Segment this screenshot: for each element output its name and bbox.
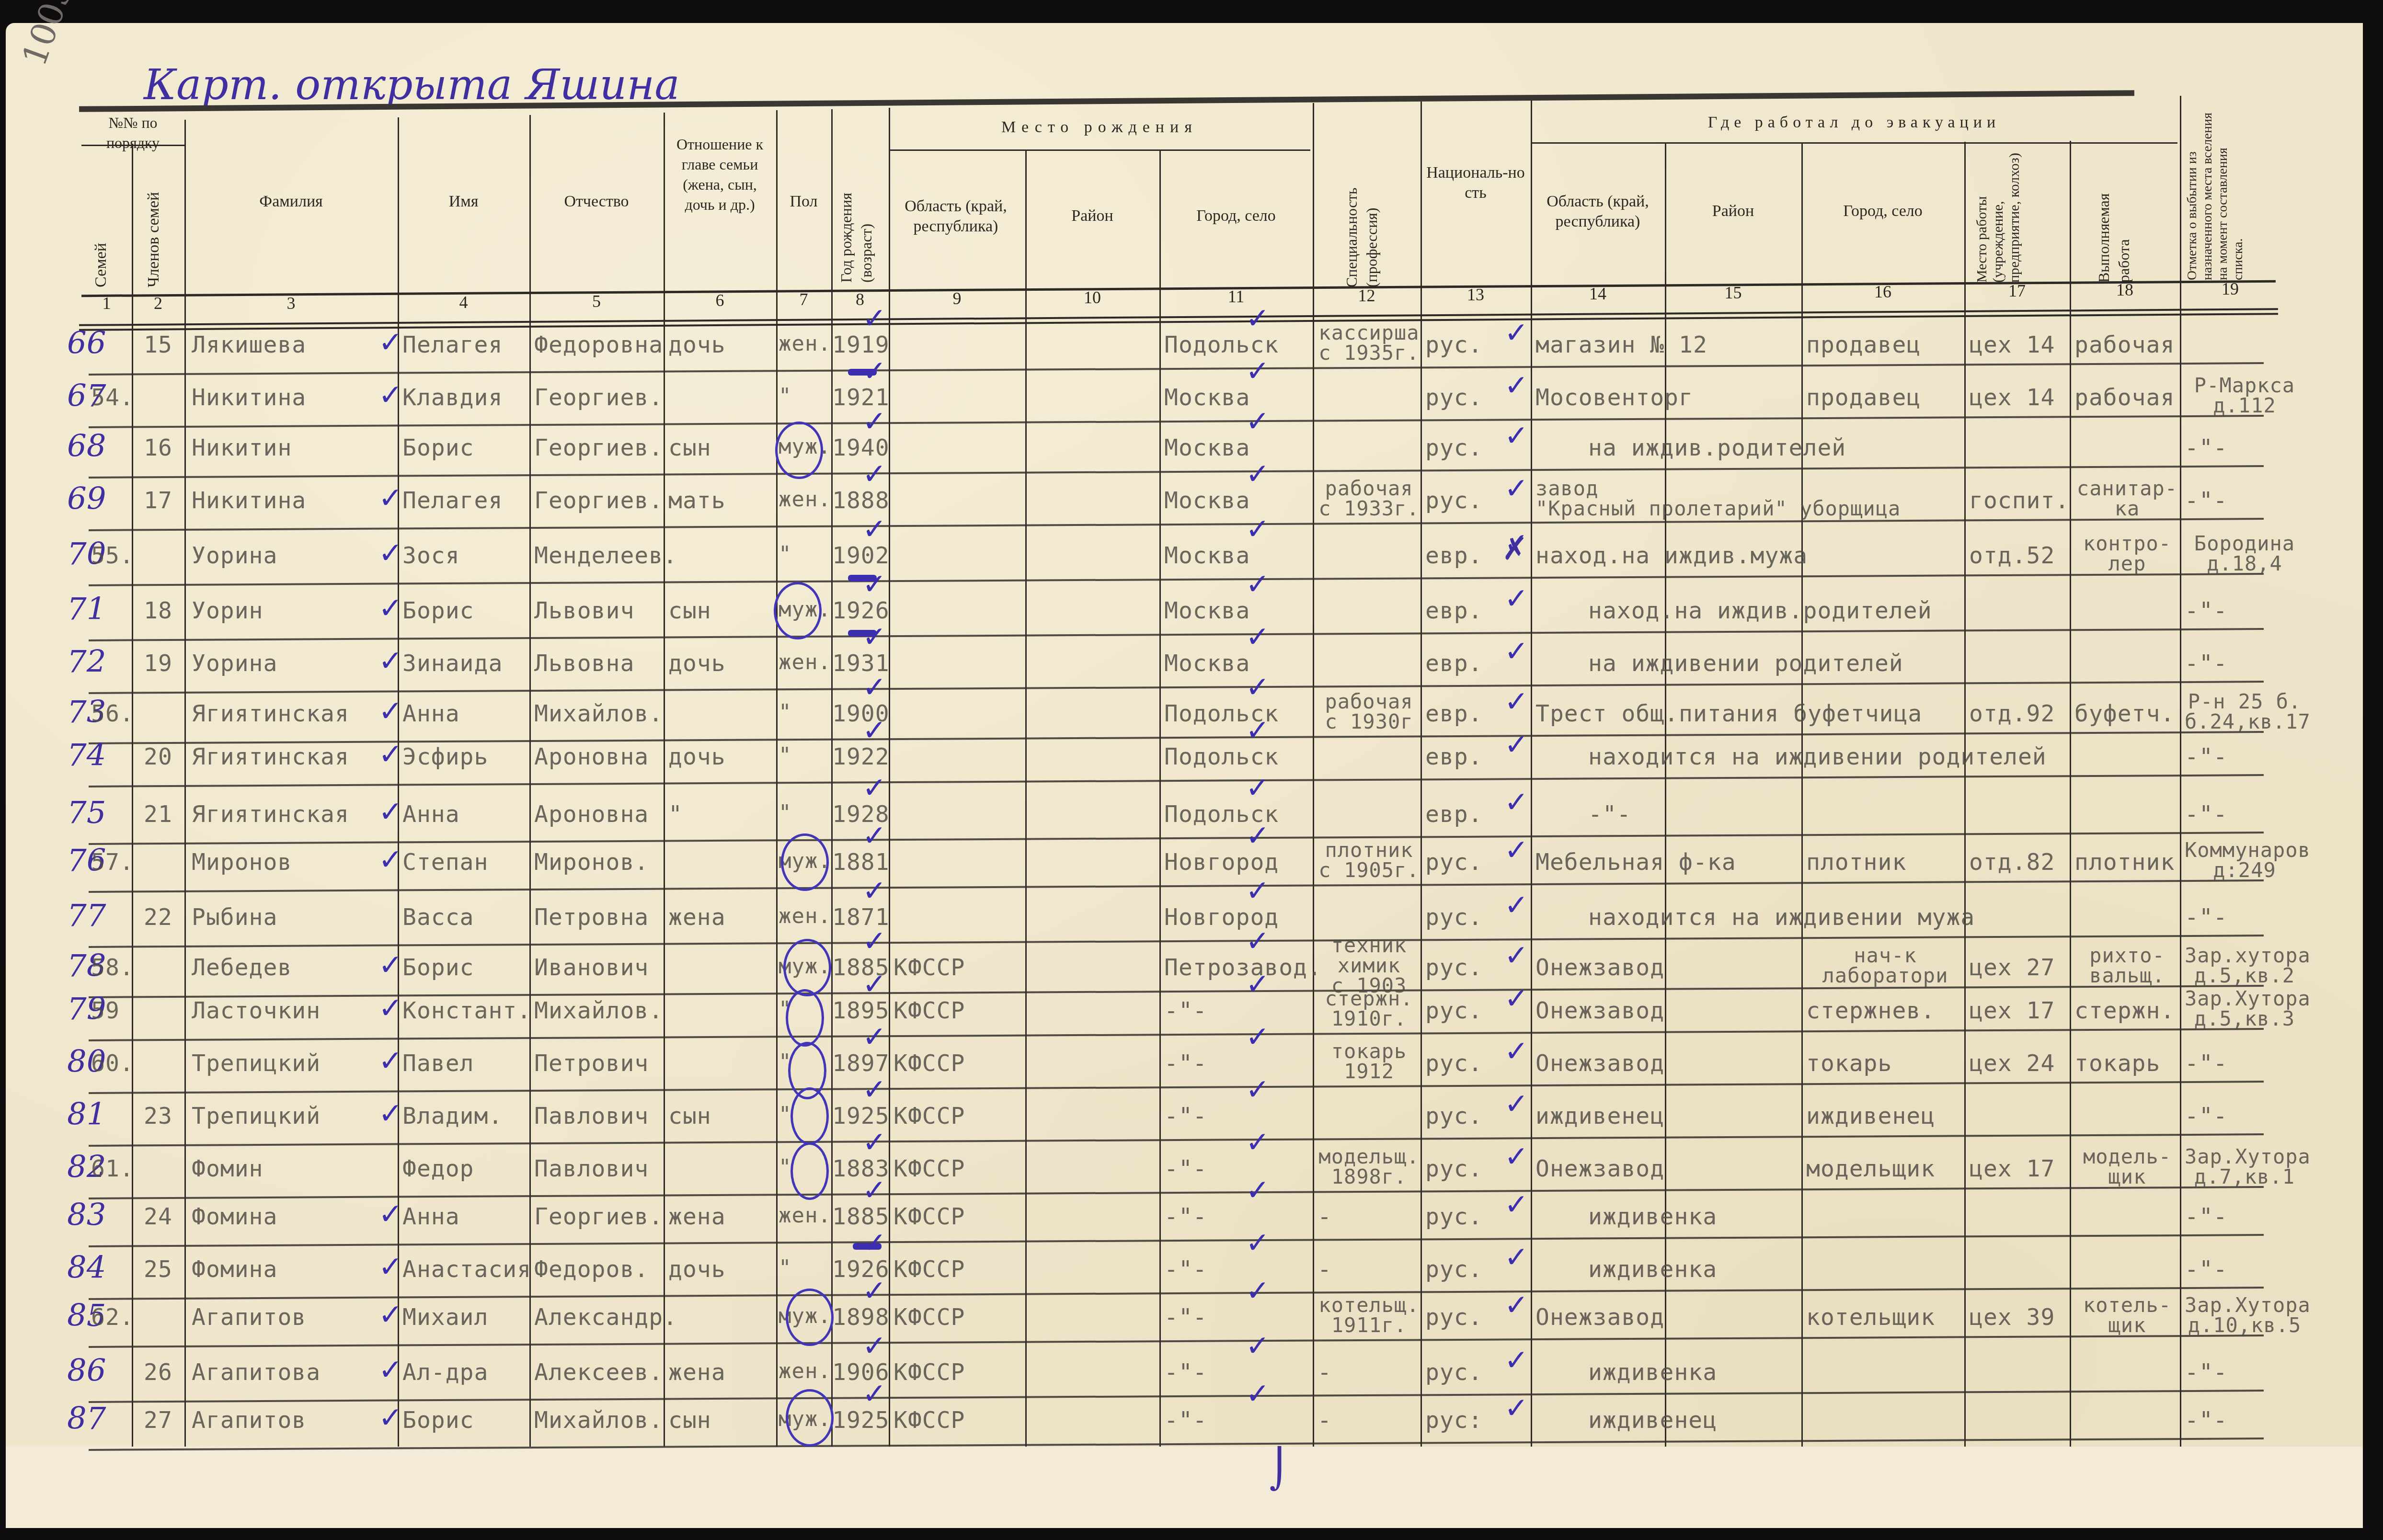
cell-surname: Никитина [192,384,306,411]
cell-city: Петрозавод. [1164,954,1322,981]
cell-surname: Ягиятинская [192,743,349,770]
grid-vline [776,110,778,1447]
checkmark-icon: ✓ [1246,970,1270,999]
cell-note: Зар.хутора д.5,кв.2 [2185,946,2304,986]
cell-family: 61. [91,1155,134,1182]
checkmark-icon: ✓ [1504,422,1528,450]
cell-work-city: нач-к лаборатори [1806,946,1964,986]
checkmark-icon: ✓ [378,951,402,980]
grid-vline [1801,143,1803,1447]
cell-surname: Лякишева [192,331,306,358]
cell-city: -"- [1164,1103,1207,1129]
cell-member: 24 [144,1203,172,1230]
cell-work-text: магазин № 12 [1535,331,1707,358]
cell-sex: жен. [779,650,831,674]
colnum-10: 10 [1025,287,1159,308]
pen-dash-mark [848,369,877,376]
checkmark-icon: ✓ [862,1023,886,1051]
cell-city: Москва [1164,487,1250,514]
cell-work-city: токарь [1806,1050,1892,1077]
col-header-13: Националь-ность [1423,163,1528,203]
colnum-3: 3 [184,293,398,313]
cell-surname: Фомина [192,1203,277,1230]
cell-name: Эсфирь [402,743,488,770]
row-number-handwritten: 83 [67,1198,106,1233]
cell-family: 57. [91,849,134,876]
cell-name: Владим. [402,1103,503,1129]
header-workplace: Где работал до эвакуации [1531,113,2177,133]
cell-name: Павел [402,1050,474,1077]
colnum-9: 9 [889,288,1025,308]
cell-name: Анна [402,801,460,828]
cell-name: Зося [402,542,460,569]
cell-sex: " [779,700,792,725]
checkmark-icon: ✓ [862,927,886,956]
checkmark-icon: ✓ [1504,1090,1528,1118]
cell-city: Москва [1164,597,1250,624]
cell-surname: Трепицкий [192,1103,321,1129]
grid-vline [1531,101,1532,1447]
checkmark-icon: ✓ [1246,877,1270,905]
cell-patronymic: Георгиев. [534,434,663,461]
cell-work-place: отд.52 [1969,542,2055,569]
cell-relation: сын [668,1103,711,1129]
cell-work-place: цех 17 [1969,997,2055,1024]
colnum-15: 15 [1665,283,1801,303]
checkmark-icon: ✓ [1246,515,1270,544]
checkmark-icon: ✓ [378,484,402,513]
cell-specialty: рабочая с 1933г. [1318,479,1421,519]
cell-member: 26 [144,1359,172,1386]
checkmark-icon: ✓ [1246,1128,1270,1157]
cell-specialty: - [1318,1407,1332,1434]
cell-patronymic: Федоров. [534,1256,649,1283]
checkmark-icon: ✓ [1246,774,1270,802]
cell-sex: " [779,1103,792,1127]
cell-region: КФССР [894,997,965,1024]
checkmark-icon: ✓ [862,1332,886,1360]
cell-family: 55. [91,542,134,569]
checkmark-icon: ✓ [1246,673,1270,702]
checkmark-icon: ✓ [378,1403,402,1432]
checkmark-icon: ✓ [378,697,402,726]
cell-note: -"- [2185,1256,2228,1283]
cell-relation: жена [668,1203,726,1230]
checkmark-icon: ✓ [862,304,886,333]
cell-work-job: стержн. [2074,997,2175,1024]
cell-surname: Уорин [192,597,264,624]
checkmark-icon: ✓ [1504,584,1528,613]
row-number-handwritten: 68 [67,429,106,464]
cell-work-text: иждивенец [1588,1407,1717,1434]
pen-x-mark: ✗ [1502,532,1528,567]
checkmark-icon: ✓ [1246,1277,1270,1305]
grid-vline [1421,102,1422,1447]
cell-sex: жен. [779,1203,831,1228]
checkmark-icon: ✓ [1504,891,1528,920]
cell-specialty: рабочая с 1930г [1318,692,1421,732]
cell-surname: Лебедев [192,954,292,981]
checkmark-icon: ✓ [1246,407,1270,436]
row-number-handwritten: 74 [67,738,106,773]
cell-note: Коммунаров д:249 [2185,840,2304,880]
cell-family: 62. [91,1304,134,1331]
cell-member: 17 [144,487,172,514]
cell-region: КФССР [894,1407,965,1434]
row-number-handwritten: 81 [67,1097,106,1132]
cell-work-text: находится на иждивении родителей [1588,743,2047,770]
cell-patronymic: Петрович [534,1050,649,1077]
cell-work-job: плотник [2074,849,2175,876]
grid-vline [1159,149,1161,1447]
cell-specialty: - [1318,1359,1332,1386]
cell-patronymic: Георгиев. [534,487,663,514]
checkmark-icon: ✓ [862,673,886,702]
cell-work-text: на иждивении родителей [1588,650,1903,677]
checkmark-icon: ✓ [862,877,886,905]
cell-region: КФССР [894,1103,965,1129]
checkmark-icon: ✓ [1504,637,1528,666]
checkmark-icon: ✓ [1504,1243,1528,1272]
cell-sex: жен. [779,331,831,356]
cell-name: Констант. [402,997,531,1024]
cell-work-job: санитар- ка [2074,479,2180,519]
checkmark-icon: ✓ [378,845,402,874]
cell-sex: жен. [779,487,831,512]
cell-relation: дочь [668,743,726,770]
cell-surname: Трепицкий [192,1050,321,1077]
col-header-9: Область (край, республика) [891,196,1020,237]
cell-city: Москва [1164,384,1250,411]
cell-work-text: завод "Красный пролетарий" уборщица [1535,479,1804,519]
pen-dash-mark [848,630,877,637]
cell-nationality: рус. [1425,1155,1483,1182]
cell-note: -"- [2185,597,2228,624]
cell-city: -"- [1164,1203,1207,1230]
cell-work-job: токарь [2074,1050,2160,1077]
cell-city: Новгород [1164,849,1279,876]
cell-work-city: иждивенец [1806,1103,1935,1129]
cell-work-city: продавец [1806,384,1921,411]
col-header-12: Специальность (профессия) [1341,144,1389,287]
cell-patronymic: Михайлов. [534,700,663,727]
cell-work-text: Онежзавод [1535,997,1664,1024]
checkmark-icon: ✓ [1246,821,1270,850]
checkmark-icon: ✓ [1504,1037,1528,1066]
cell-work-city: плотник [1806,849,1906,876]
pen-circle-mark [783,939,831,996]
cell-relation: сын [668,1407,711,1434]
cell-sex: жен. [779,1359,831,1383]
cell-work-place: цех 14 [1969,384,2055,411]
cell-patronymic: Михайлов. [534,1407,663,1434]
checkmark-icon: ✓ [862,407,886,436]
col-header-8: Год рождения (возраст) [836,153,884,283]
cell-patronymic: Федоровна [534,331,663,358]
cell-region: КФССР [894,1304,965,1331]
cell-work-text: иждивенка [1588,1203,1717,1230]
cell-nationality: рус. [1425,904,1483,931]
grid-vline [1313,103,1314,1447]
cell-patronymic: Георгиев. [534,384,663,411]
grid-vline [132,144,133,1447]
checkmark-icon: ✓ [378,1200,402,1229]
pen-circle-mark [775,422,823,479]
cell-family: 56. [91,700,134,727]
checkmark-icon: ✓ [862,1128,886,1157]
cell-work-city: модельщик [1806,1155,1935,1182]
cell-work-place: цех 17 [1969,1155,2055,1182]
cell-name: Борис [402,954,474,981]
cell-relation: жена [668,904,726,931]
cell-nationality: рус. [1425,1256,1483,1283]
cell-sex: " [779,801,792,825]
cell-sex: " [779,743,792,768]
checkmark-icon: ✓ [1246,927,1270,956]
cell-nationality: евр. [1425,801,1483,828]
cell-work-text: иждивенка [1588,1359,1717,1386]
checkmark-icon: ✓ [1246,1075,1270,1104]
checkmark-icon: ✓ [1504,687,1528,716]
checkmark-icon: ✓ [862,970,886,999]
cell-note: Зар.Хутора д.7,кв.1 [2185,1147,2304,1187]
colnum-6: 6 [664,290,776,310]
cell-name: Ал-дра [402,1359,488,1386]
cell-work-place: отд.82 [1969,849,2055,876]
cell-note: -"- [2185,1407,2228,1434]
col-header-1: Семей [91,158,120,287]
checkmark-icon: ✓ [378,1300,402,1329]
cell-member: 19 [144,650,172,677]
cell-nationality: рус. [1425,1103,1483,1129]
cell-nationality: рус. [1425,954,1483,981]
checkmark-icon: ✓ [378,594,402,623]
header-birthplace-rule [889,149,1310,151]
pen-circle-mark [774,582,822,639]
cell-member: 20 [144,743,172,770]
cell-sex: " [779,384,792,409]
colnum-12: 12 [1313,285,1421,306]
colnum-1: 1 [81,293,132,313]
cell-specialty: кассирша с 1935г. [1318,323,1421,363]
cell-nationality: рус. [1425,997,1483,1024]
col-header-15: Район [1665,201,1801,221]
row-number-handwritten: 69 [67,481,106,517]
grid-vline [664,113,665,1447]
cell-note: -"- [2185,1359,2228,1386]
cell-surname: Ягиятинская [192,801,349,828]
cell-city: Москва [1164,650,1250,677]
checkmark-icon: ✓ [1246,460,1270,489]
checkmark-icon: ✓ [1504,730,1528,759]
checkmark-icon: ✓ [378,647,402,675]
cell-name: Анна [402,1203,460,1230]
pen-circle-mark [786,1389,834,1447]
cell-work-place: госпит. [1969,487,2069,514]
checkmark-icon: ✓ [1504,319,1528,347]
cell-family: 54. [91,384,134,411]
cell-nationality: рус. [1425,849,1483,876]
checkmark-icon: ✓ [1504,1190,1528,1219]
cell-name: Михаил [402,1304,488,1331]
checkmark-icon: ✓ [1246,1229,1270,1257]
cell-note: Зар.Хутора д.5,кв.3 [2185,989,2304,1029]
colnum-7: 7 [776,289,831,309]
cell-specialty: модельщ. 1898г. [1318,1147,1421,1187]
cell-work-text: Мосовенторг [1535,384,1693,411]
checkmark-icon: ✓ [378,328,402,357]
cell-work-city: котельщик [1806,1304,1935,1331]
grid-vline [2070,141,2071,1447]
checkmark-icon: ✓ [1246,570,1270,599]
cell-sex: " [779,542,792,567]
cell-surname: Агапитова [192,1359,321,1386]
col-header-11: Город, село [1159,206,1313,226]
grid-vline [1025,151,1027,1447]
cell-city: Подольск [1164,743,1279,770]
cell-surname: Рыбина [192,904,277,931]
pen-circle-mark [786,989,824,1047]
checkmark-icon: ✓ [378,539,402,568]
col-header-3: Фамилия [184,192,398,212]
colnum-13: 13 [1421,285,1531,305]
cell-work-text: Онежзавод [1535,1304,1664,1331]
cell-work-job: рабочая [2074,331,2175,358]
cell-city: -"- [1164,1050,1207,1077]
cell-surname: Агапитов [192,1304,306,1331]
grid-vline [398,117,399,1447]
cell-relation: дочь [668,1256,726,1283]
cell-relation: мать [668,487,726,514]
cell-name: Степан [402,849,488,876]
cell-city: -"- [1164,997,1207,1024]
scanned-document-viewport: 1005 Карт. открыта Яшина №№ по порядку М… [0,0,2383,1540]
pen-circle-mark [791,1142,829,1200]
cell-member: 18 [144,597,172,624]
cell-patronymic: Михайлов. [534,997,663,1024]
pen-circle-mark [786,1289,834,1346]
cell-name: Пелагея [402,487,503,514]
grid-vline [184,120,186,1447]
cell-work-job: контро- лер [2074,534,2180,574]
row-number-handwritten: 86 [67,1353,106,1389]
cell-specialty: токарь 1912 [1318,1041,1421,1082]
cell-year: 1925 [832,1407,890,1434]
paper-bottom-margin [6,1447,2363,1528]
cell-work-place: цех 14 [1969,331,2055,358]
checkmark-icon: ✓ [378,740,402,769]
cell-nationality: рус. [1425,1359,1483,1386]
cell-name: Зинаида [402,650,503,677]
col-header-4: Имя [398,192,529,212]
cell-patronymic: Павлович [534,1103,649,1129]
cell-name: Анастасия [402,1256,531,1283]
pen-dash-mark [853,1243,882,1250]
cell-work-place: цех 27 [1969,954,2055,981]
cell-specialty: - [1318,1203,1332,1230]
header-workplace-rule [1531,142,2177,144]
cell-patronymic: Ароновна [534,801,649,828]
checkmark-icon: ✓ [378,994,402,1023]
colnum-5: 5 [529,291,664,311]
grid-vline [889,108,890,1447]
row-number-handwritten: 77 [67,898,106,934]
cell-work-text: иждивенка [1588,1256,1717,1283]
cell-year: 1902 [832,542,890,569]
cell-work-place: отд.92 [1969,700,2055,727]
cell-patronymic: Львович [534,597,634,624]
cell-nationality: рус: [1425,1407,1483,1434]
colnum-16: 16 [1801,282,1964,302]
cell-surname: Уорина [192,542,277,569]
grid-vline [529,115,531,1447]
cell-note: -"- [2185,487,2228,514]
checkmark-icon: ✓ [1246,1176,1270,1205]
cell-member: 16 [144,434,172,461]
col-header-10: Район [1025,206,1159,226]
cell-work-text: -"- [1588,801,1631,828]
cell-work-text: Онежзавод [1535,954,1664,981]
cell-specialty: - [1318,1256,1332,1283]
colnum-14: 14 [1531,284,1665,304]
cell-city: Москва [1164,434,1250,461]
cell-relation: " [668,801,683,828]
cell-city: -"- [1164,1359,1207,1386]
checkmark-icon: ✓ [1504,1394,1528,1423]
row-number-handwritten: 66 [67,326,106,361]
cell-year: 1898 [832,1304,890,1331]
cell-name: Борис [402,597,474,624]
cell-member: 23 [144,1103,172,1129]
checkmark-icon: ✓ [378,798,402,826]
cell-specialty: стержн. 1910г. [1318,989,1421,1029]
cell-nationality: евр. [1425,650,1483,677]
cell-nationality: рус. [1425,434,1483,461]
cell-work-text: Трест общ.питания буфетчица [1535,700,1922,727]
col-header-17: Место работы (учреждение, предприятие, к… [1974,148,2055,283]
col-header-19: Отметка о выбытии из назначенного места … [2185,103,2280,280]
row-number-handwritten: 72 [67,644,106,680]
col-header-6: Отношение к главе семьи (жена, сын, дочь… [668,134,771,215]
cell-surname: Ягиятинская [192,700,349,727]
pen-circle-mark [781,833,829,891]
checkmark-icon: ✓ [1504,371,1528,400]
cell-member: 27 [144,1407,172,1434]
cell-year: 1888 [832,487,890,514]
checkmark-icon: ✓ [378,1099,402,1128]
cell-note: -"- [2185,1103,2228,1129]
checkmark-icon: ✓ [378,1356,402,1384]
cell-relation: дочь [668,650,726,677]
cell-city: -"- [1164,1256,1207,1283]
cell-work-city: продавец [1806,331,1921,358]
checkmark-icon: ✓ [862,570,886,599]
cell-name: Федор [402,1155,474,1182]
checkmark-icon: ✓ [1246,623,1270,651]
cell-work-job: буфетч. [2074,700,2175,727]
cell-name: Анна [402,700,460,727]
checkmark-icon: ✓ [862,1380,886,1408]
cell-patronymic: Иванович [534,954,649,981]
cell-member: 22 [144,904,172,931]
cell-note: Р-н 25 б. б.24,кв.17 [2185,692,2304,732]
cell-name: Пелагея [402,331,503,358]
checkmark-icon: ✓ [1246,1380,1270,1408]
checkmark-icon: ✓ [862,515,886,544]
cell-relation: жена [668,1359,726,1386]
checkmark-icon: ✓ [862,1075,886,1104]
checkmark-icon: ✓ [1504,1291,1528,1320]
